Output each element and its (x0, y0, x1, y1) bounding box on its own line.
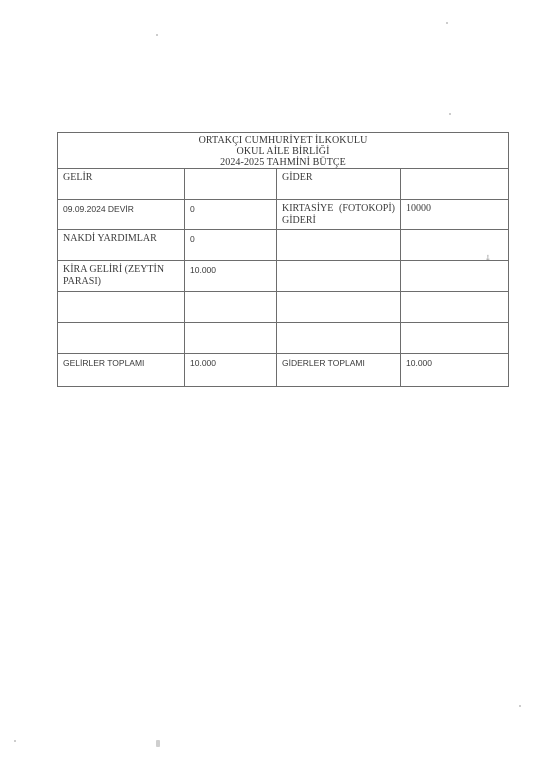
income-label (58, 323, 185, 354)
association-name: OKUL AİLE BİRLİĞİ (62, 146, 504, 157)
income-label (58, 292, 185, 323)
table-row: KİRA GELİRİ (ZEYTİN PARASI) 10.000 (58, 261, 509, 292)
income-label: KİRA GELİRİ (ZEYTİN PARASI) (58, 261, 185, 292)
income-amount: 0 (185, 200, 277, 230)
table-row: 09.09.2024 DEVİR 0 KIRTASİYE (FOTOKOPİ) … (58, 200, 509, 230)
scan-speck (446, 22, 448, 24)
income-total-amount: 10.000 (185, 354, 277, 387)
income-label: NAKDİ YARDIMLAR (58, 230, 185, 261)
scan-speck (156, 34, 158, 36)
income-total-label: GELİRLER TOPLAMI (58, 354, 185, 387)
table-row (58, 323, 509, 354)
totals-row: GELİRLER TOPLAMI 10.000 GİDERLER TOPLAMI… (58, 354, 509, 387)
column-header-row: GELİR GİDER (58, 169, 509, 200)
scan-speck (449, 113, 451, 115)
school-name: ORTAKÇI CUMHURİYET İLKOKULU (62, 135, 504, 146)
income-amount (185, 292, 277, 323)
budget-title: 2024-2025 TAHMİNİ BÜTÇE (62, 157, 504, 168)
expense-label (277, 261, 401, 292)
expense-label (277, 323, 401, 354)
income-header: GELİR (58, 169, 185, 200)
expense-amount: 10000 (401, 200, 509, 230)
expense-label: KIRTASİYE (FOTOKOPİ) GİDERİ (277, 200, 401, 230)
income-label: 09.09.2024 DEVİR (58, 200, 185, 230)
table-title: ORTAKÇI CUMHURİYET İLKOKULU OKUL AİLE Bİ… (58, 133, 509, 169)
table-title-row: ORTAKÇI CUMHURİYET İLKOKULU OKUL AİLE Bİ… (58, 133, 509, 169)
scan-speck (14, 740, 16, 742)
expense-header: GİDER (277, 169, 401, 200)
income-header-amount (185, 169, 277, 200)
expense-total-label: GİDERLER TOPLAMI (277, 354, 401, 387)
scan-speck (156, 740, 160, 747)
income-amount (185, 323, 277, 354)
expense-label (277, 230, 401, 261)
expense-header-amount (401, 169, 509, 200)
income-amount: 0 (185, 230, 277, 261)
table-row: NAKDİ YARDIMLAR 0 (58, 230, 509, 261)
expense-amount (401, 261, 509, 292)
scan-speck (519, 705, 521, 707)
expense-amount (401, 292, 509, 323)
expense-total-amount: 10.000 (401, 354, 509, 387)
expense-label (277, 292, 401, 323)
budget-table: ORTAKÇI CUMHURİYET İLKOKULU OKUL AİLE Bİ… (57, 132, 509, 387)
expense-amount (401, 230, 509, 261)
table-row (58, 292, 509, 323)
income-amount: 10.000 (185, 261, 277, 292)
expense-amount (401, 323, 509, 354)
